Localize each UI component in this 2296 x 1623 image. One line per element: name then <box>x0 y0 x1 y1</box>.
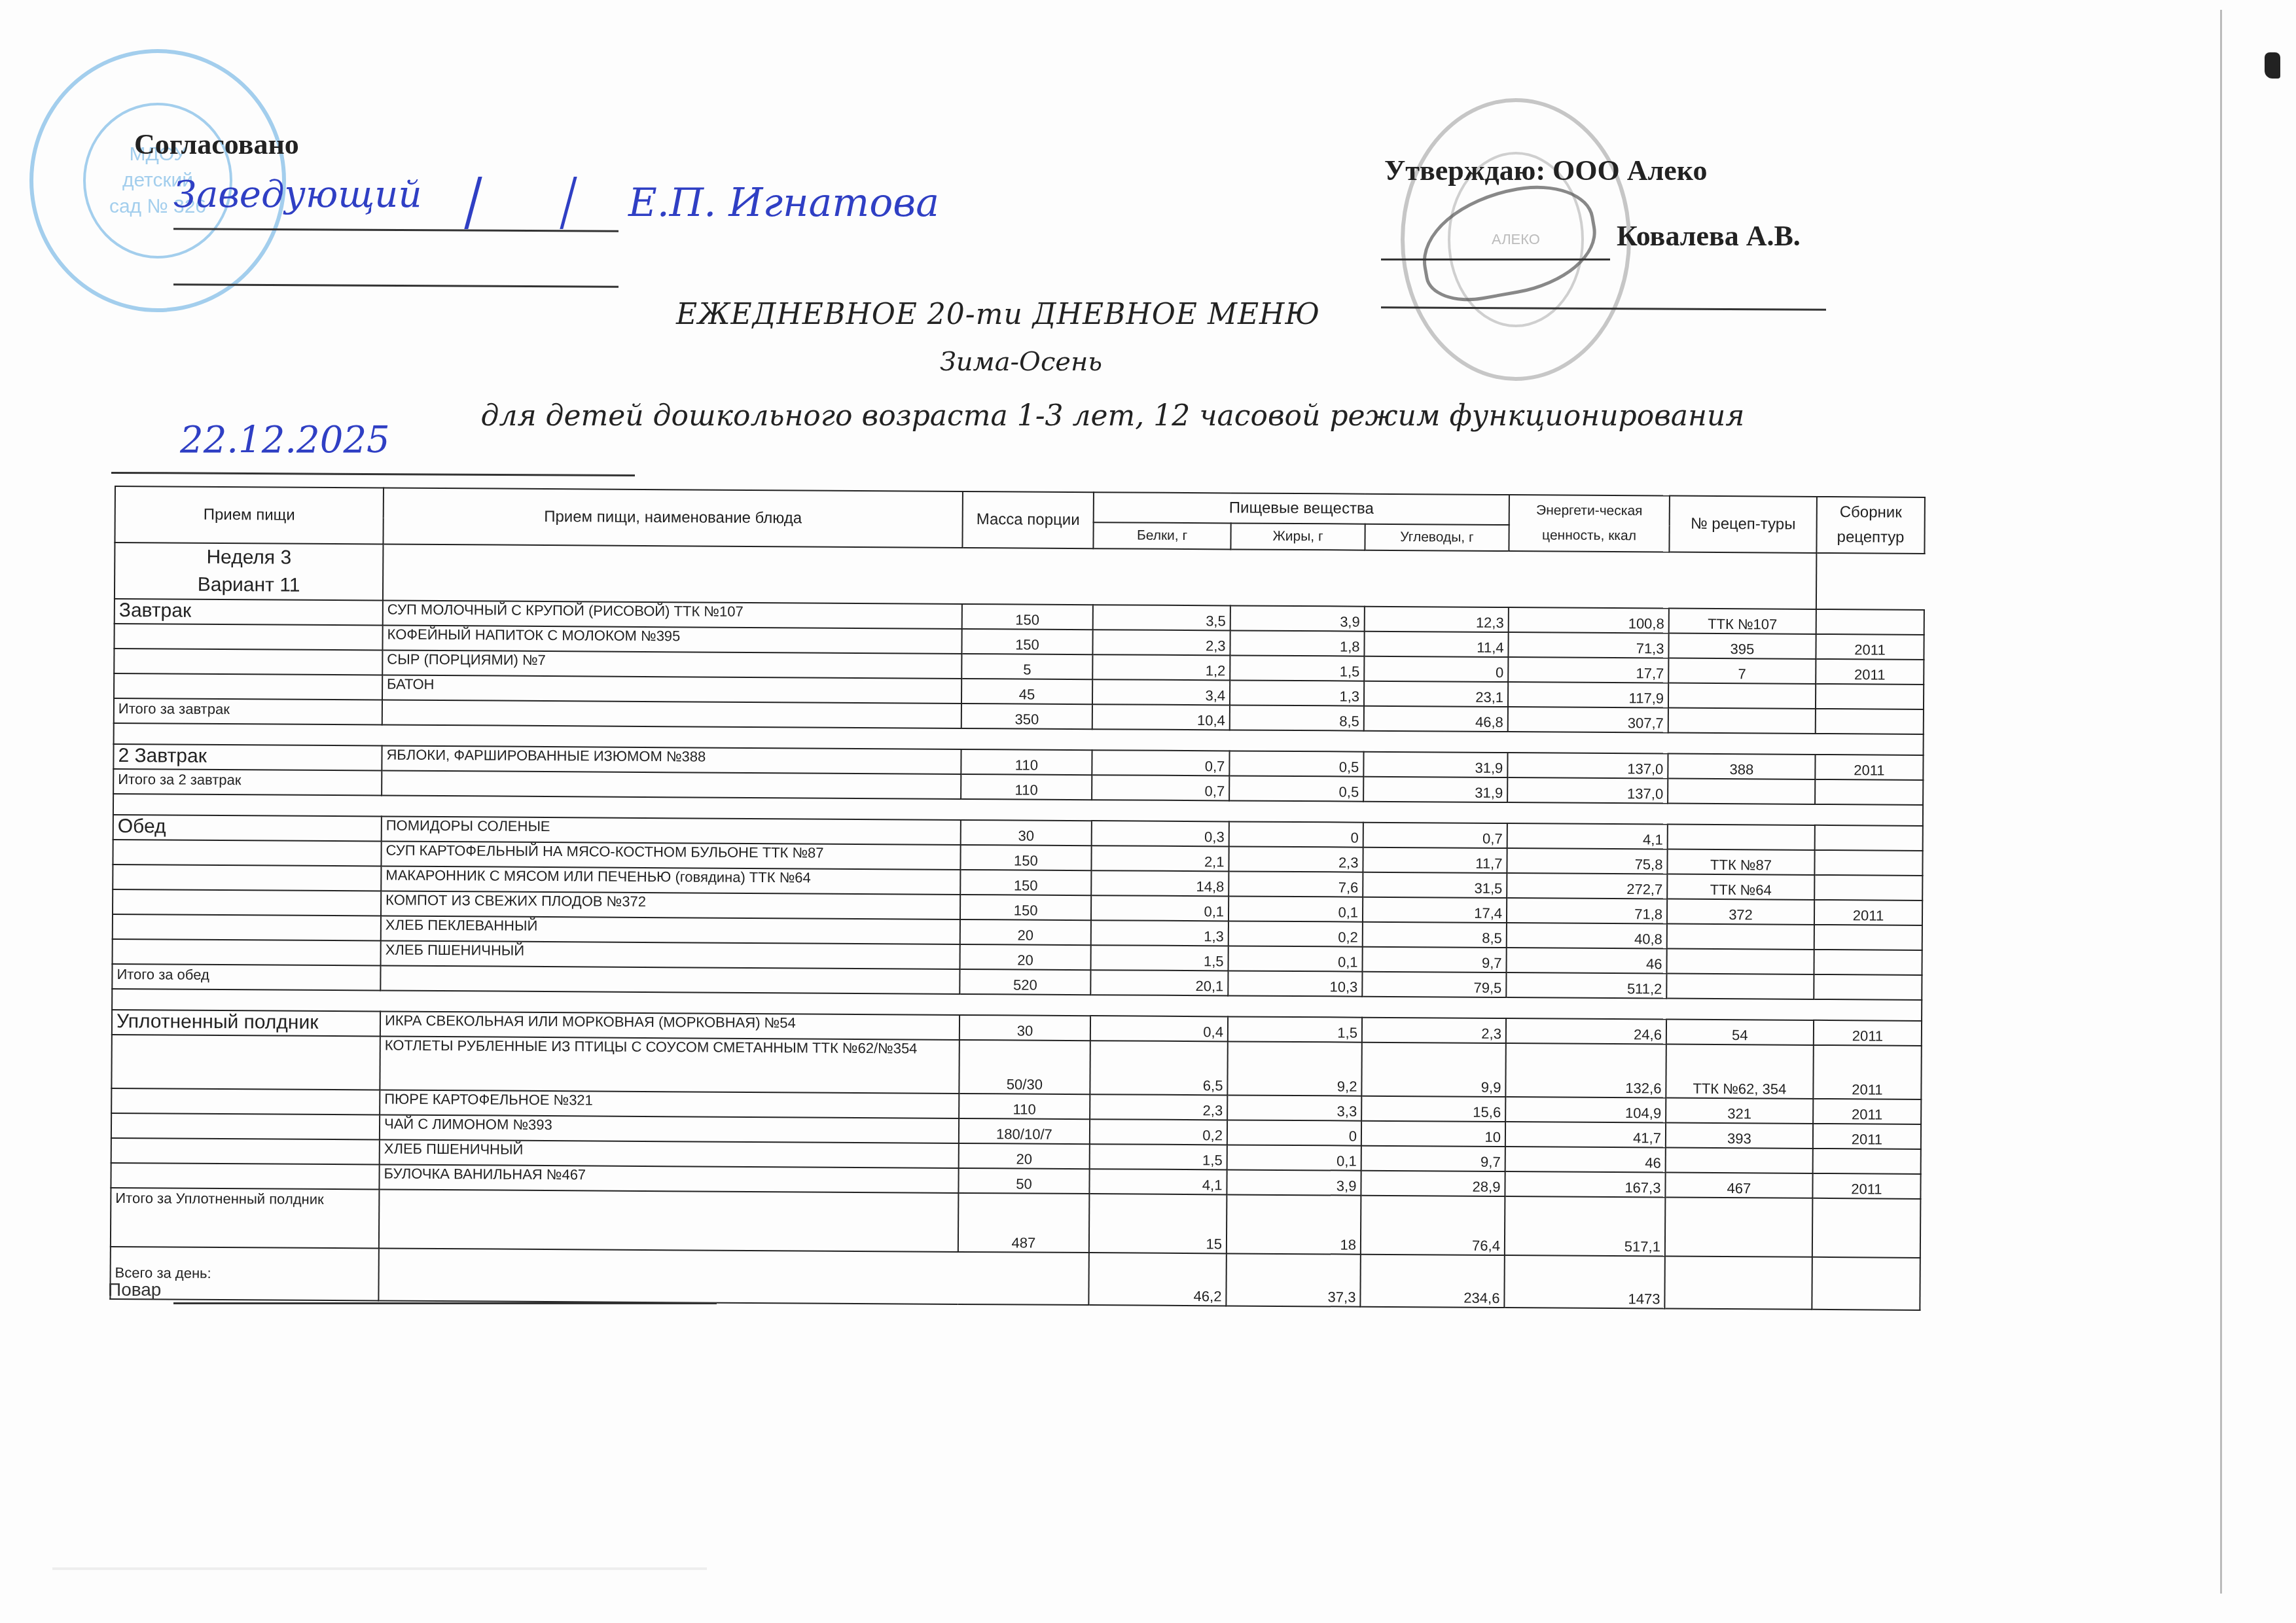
mass-value: 30 <box>960 1015 1090 1041</box>
day-total-row: Всего за день:46,237,3234,61473 <box>110 1247 1920 1310</box>
subtotal-carbs: 76,4 <box>1361 1196 1505 1255</box>
subtotal-label: Итого за завтрак <box>114 698 382 725</box>
fat-value: 7,6 <box>1229 871 1363 897</box>
dish-name: СУП КАРТОФЕЛЬНЫЙ НА МЯСО-КОСТНОМ БУЛЬОНЕ… <box>381 842 960 870</box>
energy-value: 46 <box>1506 948 1666 973</box>
fat-value: 0,1 <box>1229 946 1363 971</box>
header-nutrients: Пищевые вещества <box>1094 492 1509 525</box>
approval-right-signer: Ковалева А.В. <box>1617 219 1801 253</box>
header-mass: Масса порции <box>962 491 1094 548</box>
subtotal-fat: 0,5 <box>1229 776 1363 801</box>
subtotal-mass: 487 <box>958 1193 1090 1253</box>
dish-name: ЧАЙ С ЛИМОНОМ №393 <box>380 1115 959 1143</box>
energy-value: 104,9 <box>1505 1097 1666 1122</box>
right-signature-line <box>1381 259 1610 260</box>
fat-value: 0 <box>1229 821 1363 847</box>
fat-value: 1,3 <box>1230 680 1364 705</box>
energy-value: 40,8 <box>1507 923 1667 948</box>
dish-name: ХЛЕБ ПШЕНИЧНЫЙ <box>380 1139 959 1168</box>
subtotal-fat: 8,5 <box>1230 705 1364 730</box>
energy-value: 117,9 <box>1508 682 1668 707</box>
recipe-number: ТТК №87 <box>1667 849 1814 875</box>
carbs-value: 9,7 <box>1361 1146 1505 1171</box>
recipe-number: 467 <box>1665 1172 1812 1198</box>
dish-name: СЫР (ПОРЦИЯМИ) №7 <box>382 651 961 679</box>
fat-value: 3,9 <box>1230 605 1365 631</box>
meal-name-blank <box>114 673 382 700</box>
meal-name-cell: Завтрак <box>115 599 383 626</box>
recipe-number <box>1667 924 1814 950</box>
recipe-collection: 2011 <box>1813 1045 1921 1099</box>
energy-value: 46 <box>1505 1147 1666 1172</box>
recipe-collection: 2011 <box>1813 1124 1921 1149</box>
subtotal-recipe-blank <box>1668 779 1815 804</box>
recipe-collection <box>1813 1149 1921 1174</box>
recipe-number: 388 <box>1668 754 1815 779</box>
dish-name: ПОМИДОРЫ СОЛЕНЫЕ <box>382 817 961 845</box>
carbs-value: 11,4 <box>1364 632 1508 657</box>
subtotal-blank <box>382 771 961 799</box>
protein-value: 1,5 <box>1091 945 1229 971</box>
fat-value: 9,2 <box>1227 1041 1361 1096</box>
fat-value: 1,5 <box>1230 655 1364 681</box>
mass-value: 110 <box>961 749 1092 775</box>
subtotal-row: Итого за Уплотненный полдник487151876,45… <box>111 1188 1920 1258</box>
protein-value: 0,2 <box>1090 1119 1227 1145</box>
recipe-collection: 2011 <box>1814 1020 1922 1046</box>
approval-right-label: Утверждаю: ООО Алеко <box>1384 154 1708 187</box>
recipe-collection: 2011 <box>1812 1173 1920 1199</box>
left-signature-line-2 <box>173 283 619 288</box>
document-season: Зима-Осень <box>0 347 2291 377</box>
subtotal-recipe-blank <box>1668 708 1816 734</box>
recipe-collection <box>1815 825 1923 851</box>
mass-value: 45 <box>961 679 1092 704</box>
protein-value: 1,5 <box>1090 1144 1227 1169</box>
dish-name: МАКАРОННИК С МЯСОМ ИЛИ ПЕЧЕНЬЮ (говядина… <box>381 866 960 894</box>
meal-name-cell: Уплотненный полдник <box>112 1010 380 1037</box>
subtotal-protein: 10,4 <box>1092 704 1230 730</box>
handwritten-date: 22.12.2025 <box>180 419 390 461</box>
mass-value: 180/10/7 <box>959 1118 1090 1144</box>
protein-value: 0,4 <box>1090 1016 1228 1041</box>
binder-clip-mark <box>2265 52 2280 79</box>
subtotal-collection-blank <box>1815 779 1923 805</box>
subtotal-protein: 20,1 <box>1090 970 1228 995</box>
week-label: Неделя 3 <box>206 546 291 569</box>
carbs-value: 11,7 <box>1363 847 1507 873</box>
meal-name-cell: Обед <box>113 815 382 842</box>
day-total-energy: 1473 <box>1504 1255 1664 1308</box>
mass-value: 30 <box>961 820 1092 846</box>
recipe-collection: 2011 <box>1813 1099 1921 1124</box>
menu-body: Неделя 3 Вариант 11 ЗавтракСУП МОЛОЧНЫЙ … <box>110 543 1924 1310</box>
carbs-value: 10 <box>1361 1121 1505 1147</box>
protein-value: 0,3 <box>1092 821 1229 846</box>
dish-name: КОТЛЕТЫ РУБЛЕННЫЕ ИЗ ПТИЦЫ С СОУСОМ СМЕТ… <box>380 1036 959 1093</box>
subtotal-carbs: 31,9 <box>1363 777 1507 802</box>
recipe-number <box>1668 825 1815 850</box>
day-total-fat: 37,3 <box>1226 1253 1360 1306</box>
meal-name-blank <box>113 840 381 866</box>
energy-value: 41,7 <box>1505 1122 1666 1147</box>
carbs-value: 8,5 <box>1363 922 1507 948</box>
fat-value: 1,8 <box>1230 630 1364 656</box>
carbs-value: 15,6 <box>1361 1096 1505 1122</box>
protein-value: 3,4 <box>1092 679 1230 705</box>
carbs-value: 0,7 <box>1363 823 1507 848</box>
energy-value: 167,3 <box>1505 1171 1665 1197</box>
meal-name-blank <box>113 914 381 941</box>
carbs-value: 28,9 <box>1361 1171 1505 1196</box>
subtotal-collection-blank <box>1812 1198 1921 1258</box>
mass-value: 50 <box>958 1168 1089 1194</box>
day-total-collection-blank <box>1812 1257 1920 1310</box>
subtotal-fat: 18 <box>1227 1194 1361 1254</box>
carbs-value: 23,1 <box>1364 681 1508 707</box>
mass-value: 150 <box>961 629 1092 654</box>
protein-value: 6,5 <box>1090 1041 1227 1095</box>
meal-name-blank <box>111 1138 380 1165</box>
mass-value: 5 <box>961 654 1092 679</box>
energy-value: 71,3 <box>1508 632 1668 658</box>
recipe-number: ТТК №62, 354 <box>1666 1044 1813 1098</box>
meal-name-blank <box>111 1113 380 1140</box>
carbs-value: 9,9 <box>1361 1043 1505 1097</box>
dish-name: ИКРА СВЕКОЛЬНАЯ ИЛИ МОРКОВНАЯ (МОРКОВНАЯ… <box>380 1011 960 1039</box>
day-total-carbs: 234,6 <box>1360 1255 1504 1308</box>
day-total-blank <box>378 1248 1088 1305</box>
dish-name: ПЮРЕ КАРТОФЕЛЬНОЕ №321 <box>380 1090 959 1118</box>
energy-value: 137,0 <box>1507 753 1668 778</box>
page-edge <box>2220 10 2222 1594</box>
mass-value: 150 <box>960 870 1091 895</box>
recipe-collection: 2011 <box>1814 900 1922 925</box>
protein-value: 3,5 <box>1093 605 1230 630</box>
recipe-number <box>1668 683 1816 709</box>
energy-value: 24,6 <box>1506 1018 1666 1044</box>
header-collection: Сборник рецептур <box>1816 497 1925 554</box>
protein-value: 0,1 <box>1091 895 1229 921</box>
energy-value: 4,1 <box>1507 823 1668 849</box>
mass-value: 20 <box>960 944 1091 970</box>
protein-value: 0,7 <box>1092 750 1229 776</box>
meal-name-blank <box>114 649 382 675</box>
carbs-value: 31,9 <box>1363 752 1507 777</box>
header-energy: Энергети-ческая ценность, ккал <box>1509 495 1670 552</box>
handwritten-name: Е.П. Игнатова <box>628 180 939 226</box>
protein-value: 4,1 <box>1089 1169 1227 1194</box>
dish-name: ЯБЛОКИ, ФАРШИРОВАННЫЕ ИЗЮМОМ №388 <box>382 746 961 774</box>
subtotal-collection-blank <box>1814 974 1922 1000</box>
day-total-protein: 46,2 <box>1088 1253 1226 1306</box>
subtotal-carbs: 79,5 <box>1362 972 1506 997</box>
fat-value: 3,3 <box>1227 1095 1361 1120</box>
subtotal-label: Итого за обед <box>112 964 380 991</box>
recipe-collection: 2011 <box>1816 659 1924 685</box>
recipe-number: 393 <box>1666 1122 1813 1148</box>
dish-name: КОФЕЙНЫЙ НАПИТОК С МОЛОКОМ №395 <box>382 626 961 654</box>
header-meal: Прием пищи <box>115 486 384 544</box>
scan-smudge <box>52 1567 707 1570</box>
subtotal-energy: 137,0 <box>1507 777 1668 803</box>
meal-name-blank <box>111 1088 380 1115</box>
day-total-recipe-blank <box>1664 1256 1812 1309</box>
carbs-value: 31,5 <box>1363 872 1507 898</box>
protein-value: 14,8 <box>1091 870 1229 896</box>
week-blank-cell <box>383 544 1816 609</box>
subtotal-energy: 517,1 <box>1505 1196 1666 1256</box>
recipe-number: 7 <box>1668 658 1816 684</box>
fat-value: 0 <box>1227 1120 1361 1145</box>
subtotal-carbs: 46,8 <box>1364 706 1508 732</box>
dish-name: ХЛЕБ ПЕКЛЕВАННЫЙ <box>381 916 960 944</box>
dish-name: БУЛОЧКА ВАНИЛЬНАЯ №467 <box>379 1164 958 1192</box>
dish-name: СУП МОЛОЧНЫЙ С КРУПОЙ (РИСОВОЙ) ТТК №107 <box>383 601 962 629</box>
document-title: ЕЖЕДНЕВНОЕ 20-ти ДНЕВНОЕ МЕНЮ <box>0 298 2291 331</box>
subtotal-collection-blank <box>1816 709 1924 734</box>
energy-value: 272,7 <box>1507 873 1667 899</box>
recipe-collection <box>1814 875 1922 901</box>
energy-value: 100,8 <box>1509 607 1669 633</box>
carbs-value: 9,7 <box>1362 947 1506 972</box>
fat-value: 1,5 <box>1228 1016 1362 1042</box>
header-fat: Жиры, г <box>1230 523 1365 550</box>
meal-name-blank <box>114 624 382 651</box>
recipe-number: 395 <box>1668 633 1816 659</box>
header-dish: Прием пищи, наименование блюда <box>383 488 963 548</box>
protein-value: 1,2 <box>1092 654 1230 680</box>
meal-name-blank <box>111 1163 379 1190</box>
mass-value: 20 <box>960 919 1091 945</box>
carbs-value: 17,4 <box>1363 897 1507 923</box>
mass-value: 20 <box>959 1143 1090 1169</box>
mass-value: 110 <box>959 1094 1090 1119</box>
protein-value: 1,3 <box>1091 920 1229 946</box>
mass-value: 150 <box>960 845 1091 870</box>
variant-label: Вариант 11 <box>198 574 300 596</box>
subtotal-label: Итого за Уплотненный полдник <box>111 1188 380 1249</box>
mass-value: 150 <box>962 604 1093 630</box>
recipe-collection <box>1814 950 1922 975</box>
carbs-value: 2,3 <box>1362 1018 1506 1043</box>
subtotal-blank <box>379 1189 959 1251</box>
mass-value: 150 <box>960 895 1091 920</box>
dish-name: КОМПОТ ИЗ СВЕЖИХ ПЛОДОВ №372 <box>381 891 960 919</box>
recipe-collection: 2011 <box>1815 755 1923 780</box>
recipe-number <box>1666 949 1814 974</box>
week-variant-cell: Неделя 3 Вариант 11 <box>115 543 384 601</box>
protein-value: 2,3 <box>1090 1094 1227 1120</box>
meal-name-blank <box>113 889 381 916</box>
meal-name-blank <box>111 1035 380 1090</box>
subtotal-energy: 307,7 <box>1508 707 1668 732</box>
subtotal-recipe-blank <box>1665 1197 1813 1257</box>
energy-value: 75,8 <box>1507 848 1667 874</box>
energy-value: 132,6 <box>1505 1043 1666 1097</box>
subtotal-mass: 520 <box>960 969 1090 995</box>
recipe-number <box>1666 1147 1813 1173</box>
subtotal-fat: 10,3 <box>1228 971 1362 996</box>
subtotal-blank <box>380 965 960 993</box>
dish-name: БАТОН <box>382 675 961 704</box>
mass-value: 50/30 <box>959 1040 1090 1094</box>
cook-label: Повар <box>108 1279 161 1300</box>
meal-name-blank <box>113 865 381 891</box>
subtotal-protein: 0,7 <box>1092 775 1229 800</box>
carbs-value: 0 <box>1364 656 1508 682</box>
subtotal-protein: 15 <box>1089 1194 1227 1253</box>
fat-value: 3,9 <box>1227 1169 1361 1195</box>
recipe-collection <box>1814 850 1922 876</box>
date-line <box>111 472 635 476</box>
cook-signature-line <box>173 1302 717 1304</box>
recipe-number: 321 <box>1666 1097 1813 1123</box>
recipe-collection: 2011 <box>1816 634 1924 660</box>
dish-name: ХЛЕБ ПШЕНИЧНЫЙ <box>381 940 960 969</box>
fat-value: 0,1 <box>1229 896 1363 921</box>
subtotal-blank <box>382 700 961 728</box>
energy-value: 71,8 <box>1507 898 1667 923</box>
recipe-number: ТТК №107 <box>1669 609 1816 634</box>
recipe-collection <box>1816 684 1924 709</box>
handwritten-position: Заведующий <box>173 173 422 216</box>
subtotal-energy: 511,2 <box>1506 972 1666 998</box>
energy-value: 17,7 <box>1508 657 1668 683</box>
fat-value: 0,1 <box>1227 1145 1361 1170</box>
recipe-collection <box>1814 925 1922 950</box>
fat-value: 2,3 <box>1229 846 1363 872</box>
subtotal-label: Итого за 2 завтрак <box>113 769 382 796</box>
fat-value: 0,5 <box>1229 751 1363 776</box>
left-signature-mark <box>464 177 577 229</box>
recipe-number: 372 <box>1667 899 1814 925</box>
recipe-number: ТТК №64 <box>1667 874 1814 900</box>
fat-value: 0,2 <box>1229 921 1363 946</box>
carbs-value: 12,3 <box>1365 607 1509 632</box>
header-recipe: № рецеп-туры <box>1669 496 1817 553</box>
protein-value: 2,1 <box>1091 846 1229 871</box>
header-protein: Белки, г <box>1093 522 1230 549</box>
subtotal-mass: 350 <box>961 704 1092 729</box>
header-carbs: Углеводы, г <box>1365 524 1509 551</box>
recipe-number: 54 <box>1666 1019 1814 1044</box>
meal-name-blank <box>113 939 381 966</box>
subtotal-mass: 110 <box>961 774 1092 800</box>
recipe-collection <box>1816 609 1924 635</box>
subtotal-recipe-blank <box>1666 974 1814 999</box>
menu-table: Прием пищи Прием пищи, наименование блюд… <box>109 486 1926 1311</box>
protein-value: 2,3 <box>1092 630 1230 655</box>
meal-name-cell: 2 Завтрак <box>113 744 382 771</box>
approval-left-label: Согласовано <box>134 128 299 161</box>
